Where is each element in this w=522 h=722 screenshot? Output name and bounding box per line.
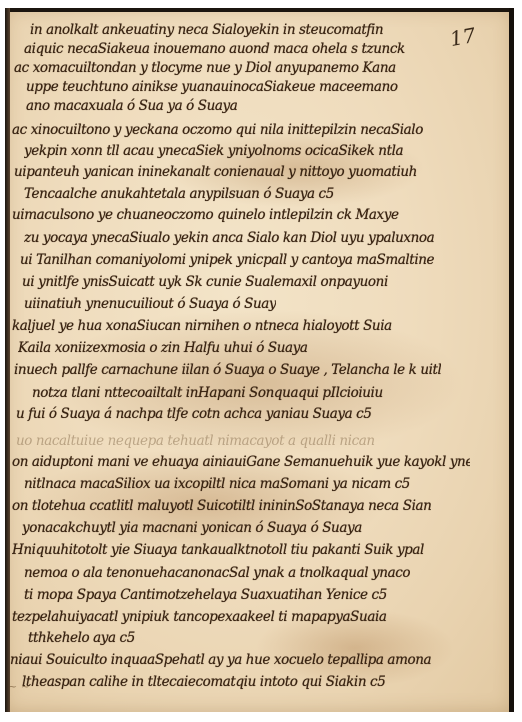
manuscript-line: ui ynitlfe ynisSuicatt uyk Sk cunie Sual…	[22, 274, 388, 290]
manuscript-line: nitlnaca macaSiliox ua ixcopiltl nica ma…	[24, 476, 410, 492]
manuscript-line: ac xomacuiltondan y tlocyme nue y Diol a…	[14, 60, 396, 76]
manuscript-line: inuech pallfe carnachune iilan ó Suaya o…	[14, 362, 441, 378]
manuscript-line: on tlotehua ccatlitl maluyotl Suicotiltl…	[12, 498, 431, 514]
manuscript-line: uipanteuh yanican ininekanalt conienaual…	[14, 164, 417, 180]
manuscript-line: ti mopa Spaya Cantimotzehelaya Suaxuatih…	[24, 587, 387, 603]
page-number: 17	[448, 23, 477, 51]
manuscript-line: ac xinocuiltono y yeckana oczomo qui nil…	[12, 122, 423, 138]
manuscript-line: uimaculsono ye chuaneoczomo quinelo intl…	[12, 207, 399, 223]
manuscript-line: ui Tanilhan comaniyolomi ynipek ynicpall…	[20, 252, 434, 268]
manuscript-line: Hniquuhitotolt yie Siuaya tankaualktnoto…	[12, 542, 424, 558]
manuscript-line: in anolkalt ankeuatiny neca Sialoyekin i…	[30, 22, 383, 38]
page-edge-right	[509, 8, 514, 712]
manuscript-line: on aiduptoni mani ve ehuaya ainiauiGane …	[12, 454, 470, 470]
manuscript-line: notza tlani nttecoailtalt inHapani Sonqu…	[32, 385, 383, 401]
manuscript-line: yonacakchuytl yia macnani yonican ó Suay…	[22, 520, 362, 536]
manuscript-line: yekpin xonn tll acau ynecaSiek yniyolnom…	[24, 143, 403, 159]
manuscript-line: zu yocaya ynecaSiualo yekin anca Sialo k…	[24, 230, 434, 246]
manuscript-line: Tencaalche anukahtetala anypilsuan ó Sua…	[24, 186, 334, 202]
manuscript-line: ltheaspan calihe in tltecaiecomatqiu int…	[22, 674, 385, 690]
manuscript-line: ano macaxuala ó Sua ya ó Suaya	[26, 98, 237, 114]
manuscript-line: uppe teuchtuno ainikse yuanauinocaSiakeu…	[26, 79, 398, 95]
manuscript-line: uiinatiuh ynenucuiliout ó Suaya ó Suay	[24, 296, 276, 312]
manuscript-line: Kaila xoniizexmosia o zin Halfu uhui ó S…	[18, 340, 308, 356]
page-edge-left	[5, 8, 10, 712]
manuscript-line: u fui ó Suaya á nachpa tlfe cotn achca y…	[16, 406, 372, 422]
manuscript-line: niaui Souiculto inquaaSpehatl ay ya hue …	[10, 652, 431, 668]
manuscript-line: uo nacaltuiue nequepa tehuatl nimacayot …	[16, 433, 375, 449]
manuscript-line: nemoa o ala tenonuehacanonacSal ynak a t…	[24, 565, 410, 581]
manuscript-line: tthkehelo aya c5	[28, 630, 135, 646]
manuscript-line: kaljuel ye hua xonaSiucan nirnihen o ntn…	[12, 318, 392, 334]
manuscript-line: tezpelahuiyacatl ynipiuk tancopexaakeel …	[12, 609, 387, 625]
marginal-note: ~ ~	[8, 680, 30, 693]
page-edge-top	[5, 8, 512, 12]
manuscript-line: aiquic necaSiakeua inouemano auond maca …	[24, 41, 405, 57]
